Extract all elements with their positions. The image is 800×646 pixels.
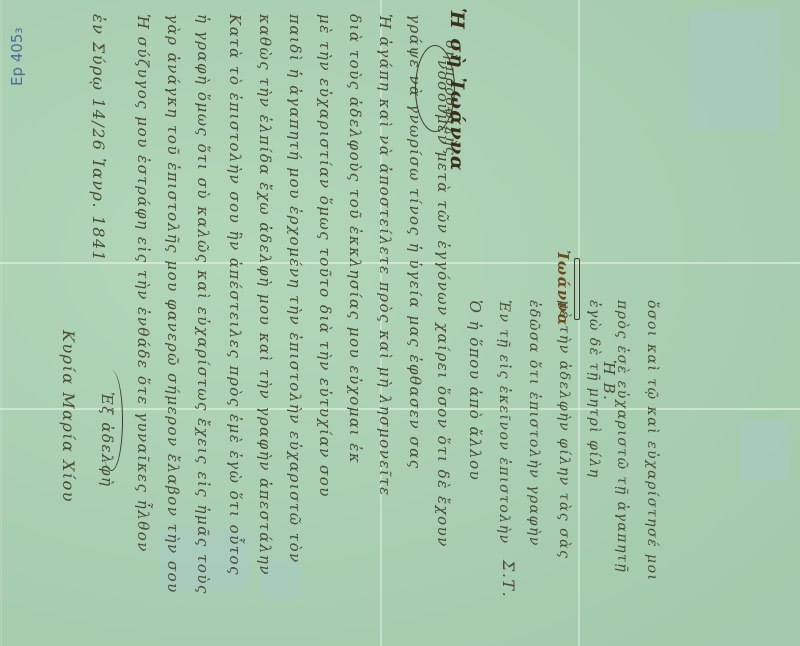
salutation-flourish [100,370,123,471]
body-line: Ἡ ἀγάπη καὶ νὰ ἀποστείλετε πρὸς καὶ μὴ λ… [376,14,394,497]
postscript-line: Ἐν τῇ εἰς ἐκεῖνον ἐπιστολὴν [496,300,512,545]
postscript-line: ὅσοι καὶ τῷ καὶ εὐχαρίστησέ μοι [644,300,660,582]
body-line: καθὼς τὴν ἐλπίδα ἔχω ἀδελφὴ μου καὶ τὴν … [256,14,274,576]
fold-line [0,262,800,264]
postscript-label: Σ.Τ. [499,560,518,598]
body-line: διὰ τοὺς ἀδελφοὺς τοῦ ἐκκλησίας μου εὐχο… [346,14,364,464]
signature: Ἡ σὴ Ἰωάννα [446,8,468,172]
body-line: μὲ τὴν εὐχαριστίαν ὅμως τοῦτο διὰ τὴν εὐ… [316,14,334,498]
letter-sheet: Ep 405₃ ἐν Σύρῳ 14/26 Ἰανρ. 1841 Κυρία Μ… [0,0,800,646]
body-line: Ἡ σύζυγος μου ἐστράφη εἰς τὴν ἐνθάδε ὅτε… [134,14,152,553]
initials: Ἡ Β. [600,360,618,401]
paper-stain [690,10,780,130]
archive-number: Ep 405₃ [8,28,26,86]
ps-signature: Ἰωάννα [554,250,572,327]
postscript-line: πρὸς ἐσὲ εὐχαριστῶ τῇ ἀγαπητῇ [614,300,630,573]
fold-line [578,0,580,646]
body-line: Κατὰ τὸ ἐπιστολὴν σου ἣν ἀπέστειλες πρὸς… [226,14,244,576]
date-line: ἐν Σύρῳ 14/26 Ἰανρ. 1841 [89,14,108,262]
body-line: Ὁ ἡ ὅπου ἀπὸ ἄλλου [466,300,484,481]
body-line: γὰρ ἀνάγκη τοῦ ἐπιστολῆς μου φανερῶ σήμε… [164,14,182,594]
postscript-line: μὲ τὴν ἀδελφὴν φίλην τὰς σὰς [556,300,572,559]
body-line: παιδὶ ἡ ἀγαπητή μου ἐρχομένη τὴν ἐπιστολ… [286,14,304,564]
postscript-line: ἐδῶσα ὅτι ἐπιστολὴν γραφὴν [526,300,542,547]
body-line: ἡ γραφὴ ὅμως ὅτι σὺ καλῶς καὶ εὐχαρίστως… [194,14,212,595]
ps-flourish [574,258,580,320]
paper-stain [740,420,790,480]
salutation: Κυρία Μαρία Χίου [59,330,78,503]
